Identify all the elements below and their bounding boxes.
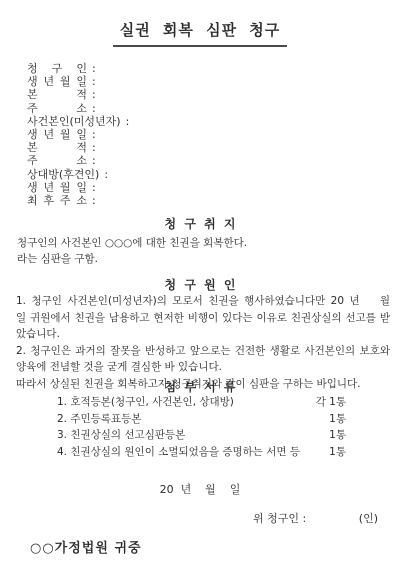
party-fields: 청 구 인:생 년 월 일:본 적:주 소:사건본인(미성년자):생 년 월 일… (27, 62, 129, 207)
attachment-name: 1. 호적등본(청구인, 사건본인, 상대방) (57, 394, 234, 411)
petition-document: 실권 회복 심판 청구 청 구 인:생 년 월 일:본 적:주 소:사건본인(미… (0, 0, 400, 571)
date-line: 20 년 월 일 (0, 481, 400, 497)
party-field-row: 본 적: (27, 88, 129, 101)
attachments-heading: 첨 부 서 류 (0, 378, 400, 395)
party-field-row: 최 후 주 소: (27, 194, 129, 207)
field-label: 청 구 인 (27, 62, 87, 75)
field-colon: : (92, 181, 96, 194)
field-label: 사건본인(미성년자) (27, 115, 121, 128)
cause-heading: 청 구 원 인 (0, 276, 400, 293)
field-label: 생 년 월 일 (27, 181, 87, 194)
attachment-row: 4. 친권상실의 원인이 소멸되었음을 증명하는 서면 등1통 (57, 444, 346, 461)
attachment-count: 1통 (329, 427, 346, 444)
attachment-row: 2. 주민등록표등본1통 (57, 411, 346, 428)
field-colon: : (92, 128, 96, 141)
signature-label: 위 청구인 : (253, 510, 306, 526)
field-label: 생 년 월 일 (27, 75, 87, 88)
party-field-row: 사건본인(미성년자): (27, 115, 129, 128)
field-colon: : (92, 141, 96, 154)
party-field-row: 본 적: (27, 141, 129, 154)
party-field-row: 생 년 월 일: (27, 75, 129, 88)
attachment-count: 1통 (329, 444, 346, 461)
attachment-name: 3. 친권상실의 선고심판등본 (57, 427, 185, 444)
attachment-row: 1. 호적등본(청구인, 사건본인, 상대방)각 1통 (57, 394, 346, 411)
field-colon: : (126, 115, 130, 128)
claim-line: 청구인의 사건본인 ○○○에 대한 친권을 회복한다. (17, 235, 386, 251)
party-field-row: 청 구 인: (27, 62, 129, 75)
party-field-row: 주 소: (27, 102, 129, 115)
page-title: 실권 회복 심판 청구 (113, 19, 288, 47)
field-colon: : (92, 62, 96, 75)
field-colon: : (92, 154, 96, 167)
field-label: 최 후 주 소 (27, 194, 87, 207)
party-field-row: 생 년 월 일: (27, 128, 129, 141)
field-colon: : (92, 75, 96, 88)
title-wrap: 실권 회복 심판 청구 (0, 19, 400, 47)
field-label: 상대방(후견인) (27, 168, 99, 181)
field-colon: : (92, 102, 96, 115)
field-colon: : (92, 194, 96, 207)
attachment-count: 1통 (329, 411, 346, 428)
attachments-list: 1. 호적등본(청구인, 사건본인, 상대방)각 1통2. 주민등록표등본1통3… (57, 394, 346, 460)
attachment-name: 4. 친권상실의 원인이 소멸되었음을 증명하는 서면 등 (57, 444, 300, 461)
field-label: 생 년 월 일 (27, 128, 87, 141)
field-label: 주 소 (27, 102, 87, 115)
cause-paragraph: 2. 청구인은 과거의 잘못을 반성하고 앞으로는 건전한 생활로 사건본인의 … (16, 343, 390, 376)
field-label: 본 적 (27, 141, 87, 154)
field-colon: : (92, 88, 96, 101)
claim-line: 라는 심판을 구함. (17, 251, 386, 267)
attachment-count: 각 1통 (316, 394, 346, 411)
claim-heading: 청 구 취 지 (0, 215, 400, 232)
attachment-row: 3. 친권상실의 선고심판등본1통 (57, 427, 346, 444)
cause-paragraph: 1. 청구인 사건본인(미성년자)의 모로서 친권을 행사하였습니다만 20 년… (16, 293, 390, 343)
attachment-name: 2. 주민등록표등본 (57, 411, 141, 428)
field-label: 본 적 (27, 88, 87, 101)
court-name: ○○가정법원 귀중 (30, 537, 142, 556)
party-field-row: 생 년 월 일: (27, 181, 129, 194)
field-label: 주 소 (27, 154, 87, 167)
claim-body: 청구인의 사건본인 ○○○에 대한 친권을 회복한다.라는 심판을 구함. (17, 235, 386, 267)
seal-placeholder: (인) (359, 510, 378, 526)
signature-line: 위 청구인 : (인) (253, 510, 378, 526)
party-field-row: 상대방(후견인): (27, 168, 129, 181)
party-field-row: 주 소: (27, 154, 129, 167)
field-colon: : (104, 168, 108, 181)
